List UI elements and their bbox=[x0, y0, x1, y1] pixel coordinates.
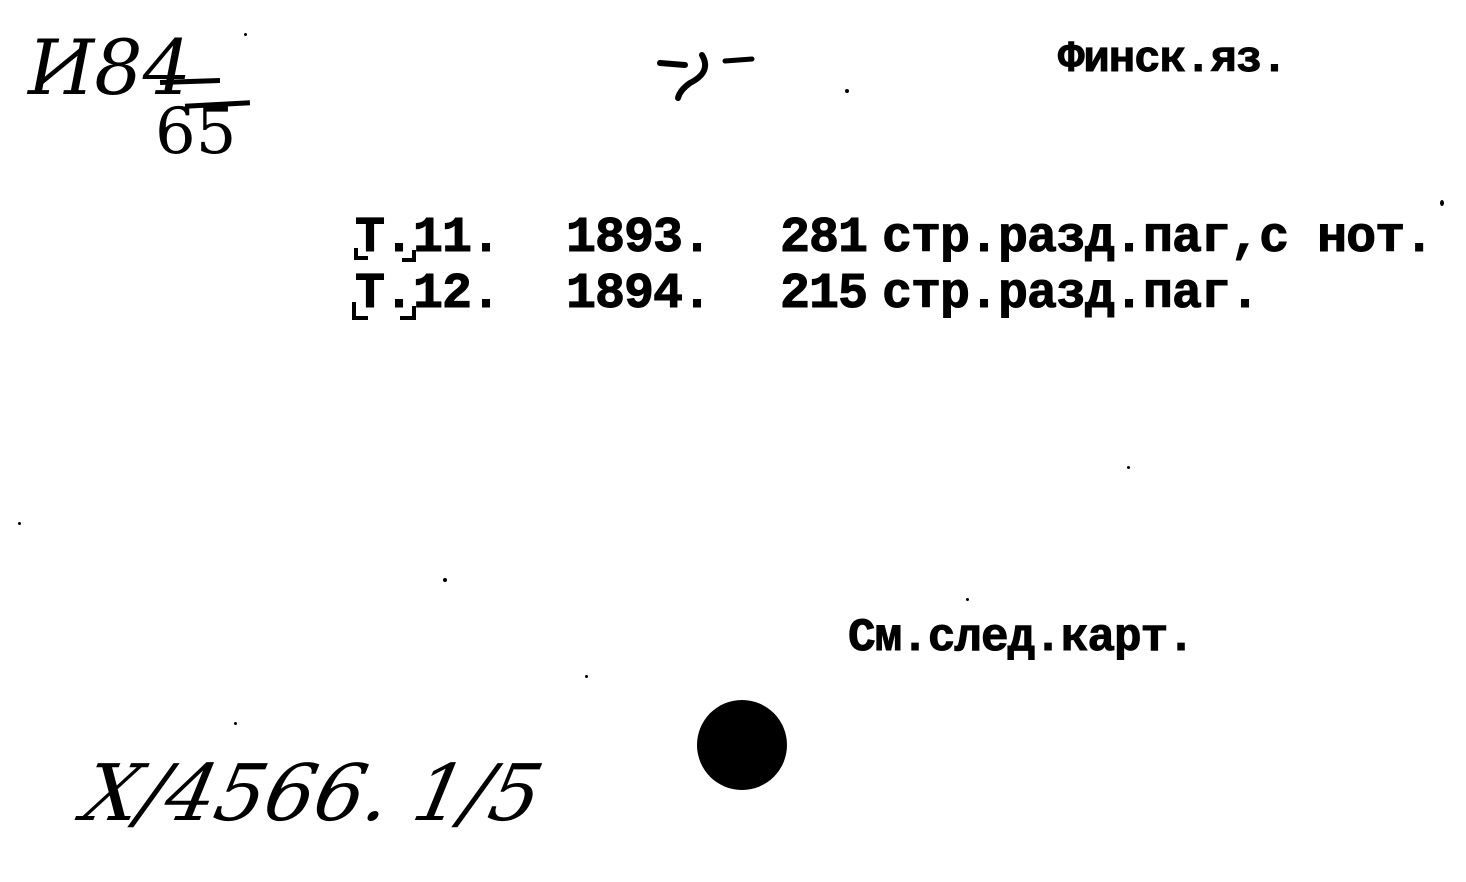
scan-speck bbox=[845, 89, 849, 93]
inventory-number: Х/4566. 1/5 bbox=[77, 755, 549, 833]
volume-label: Т.12. bbox=[355, 270, 500, 320]
scan-speck bbox=[234, 722, 237, 725]
volume-year: 1893. bbox=[566, 214, 711, 264]
catalog-card: И84 65 Финск.яз. Т.11. 1893. 281 стр.раз… bbox=[0, 0, 1466, 882]
scan-speck bbox=[966, 598, 969, 601]
volume-note: стр.разд.паг,с нот. bbox=[882, 214, 1433, 264]
bracket-mark bbox=[352, 302, 368, 320]
bracket-mark bbox=[354, 248, 368, 260]
scan-speck bbox=[443, 578, 447, 582]
scan-speck bbox=[1127, 466, 1130, 469]
volume-note: стр.разд.паг. bbox=[882, 270, 1259, 320]
volume-pages: 215 bbox=[780, 270, 867, 320]
scan-speck bbox=[18, 522, 21, 525]
scan-speck bbox=[244, 33, 247, 36]
bracket-mark bbox=[400, 306, 416, 320]
scan-speck bbox=[1440, 200, 1444, 206]
scan-speck bbox=[585, 675, 588, 678]
volume-label: Т.11. bbox=[355, 214, 500, 264]
volume-year: 1894. bbox=[566, 270, 711, 320]
volume-pages: 281 bbox=[780, 214, 867, 264]
subject-heading: Финск.яз. bbox=[1058, 38, 1287, 82]
punch-hole bbox=[697, 700, 787, 790]
see-next-card-note: См.след.карт. bbox=[848, 615, 1194, 661]
bracket-mark bbox=[402, 250, 416, 262]
